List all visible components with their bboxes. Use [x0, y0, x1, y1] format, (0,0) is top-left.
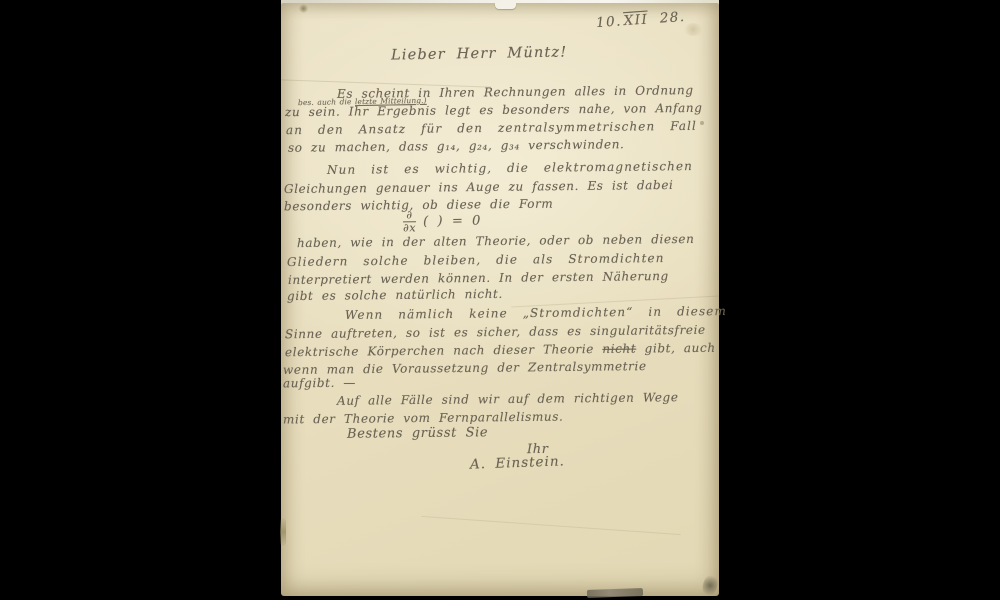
date: 10.XII 28. — [596, 10, 686, 30]
para2-line1: Nun ist es wichtig, die elektromagnetisc… — [327, 159, 693, 177]
para1-line4: so zu machen, dass g₁₄, g₂₄, g₃₄ verschw… — [288, 137, 625, 155]
stain-left-edge — [280, 518, 286, 546]
formula-fraction: ∂ ∂x — [403, 210, 416, 233]
date-year: 28. — [650, 9, 686, 27]
para3-line1: haben, wie in der alten Theorie, oder ob… — [297, 232, 695, 250]
para4-line3-text-end: gibt, auch — [636, 341, 716, 356]
formula-denominator: ∂x — [403, 222, 416, 233]
salutation: Lieber Herr Müntz! — [391, 45, 568, 62]
para4-line2: Sinne auftreten, so ist es sicher, dass … — [285, 323, 706, 341]
stain-top-right — [683, 23, 703, 36]
crease-lower — [421, 516, 680, 535]
para2-line2: Gleichungen genauer ins Auge zu fassen. … — [284, 178, 674, 196]
formula-rest: ( ) = 0 — [423, 214, 481, 230]
para5-line2: mit der Theorie vom Fernparallelismus. — [283, 410, 564, 427]
stain-top-left — [299, 4, 308, 13]
letter-photograph: 10.XII 28. Lieber Herr Müntz! Es scheint… — [0, 0, 1000, 600]
para3-line3: interpretiert werden können. In der erst… — [288, 269, 669, 287]
para3-line4: gibt es solche natürlich nicht. — [287, 287, 503, 303]
para4-line3-text: elektrische Körperchen nach dieser Theor… — [285, 342, 603, 359]
paper-top-notch — [495, 3, 516, 9]
stain-bottom-right — [701, 574, 720, 598]
signature: A. Einstein. — [470, 454, 565, 471]
formula: ∂ ∂x ( ) = 0 — [403, 210, 481, 234]
date-month-roman: XII — [623, 12, 649, 30]
para4-line4: wenn man die Voraussetzung der Zentralsy… — [283, 359, 647, 377]
para4-line5: aufgibt. — — [283, 376, 356, 391]
speck-right — [700, 121, 704, 125]
para4-line1: Wenn nämlich keine „Stromdichten“ in die… — [345, 304, 727, 322]
letter-paper: 10.XII 28. Lieber Herr Müntz! Es scheint… — [281, 3, 719, 596]
tape-mark-bottom — [587, 588, 643, 598]
para1-line3: an den Ansatz für den zentralsymmetrisch… — [286, 119, 697, 137]
para4-line3: elektrische Körperchen nach dieser Theor… — [285, 341, 716, 360]
struck-word: nicht — [602, 342, 636, 356]
date-day: 10. — [596, 13, 623, 31]
para5-line1: Auf alle Fälle sind wir auf dem richtige… — [337, 390, 679, 408]
closing: Bestens grüsst Sie — [347, 426, 488, 441]
para1-line2: zu sein. Ihr Ergebnis legt es besonders … — [285, 101, 703, 119]
para3-line2: Gliedern solche bleiben, die als Stromdi… — [287, 251, 665, 269]
